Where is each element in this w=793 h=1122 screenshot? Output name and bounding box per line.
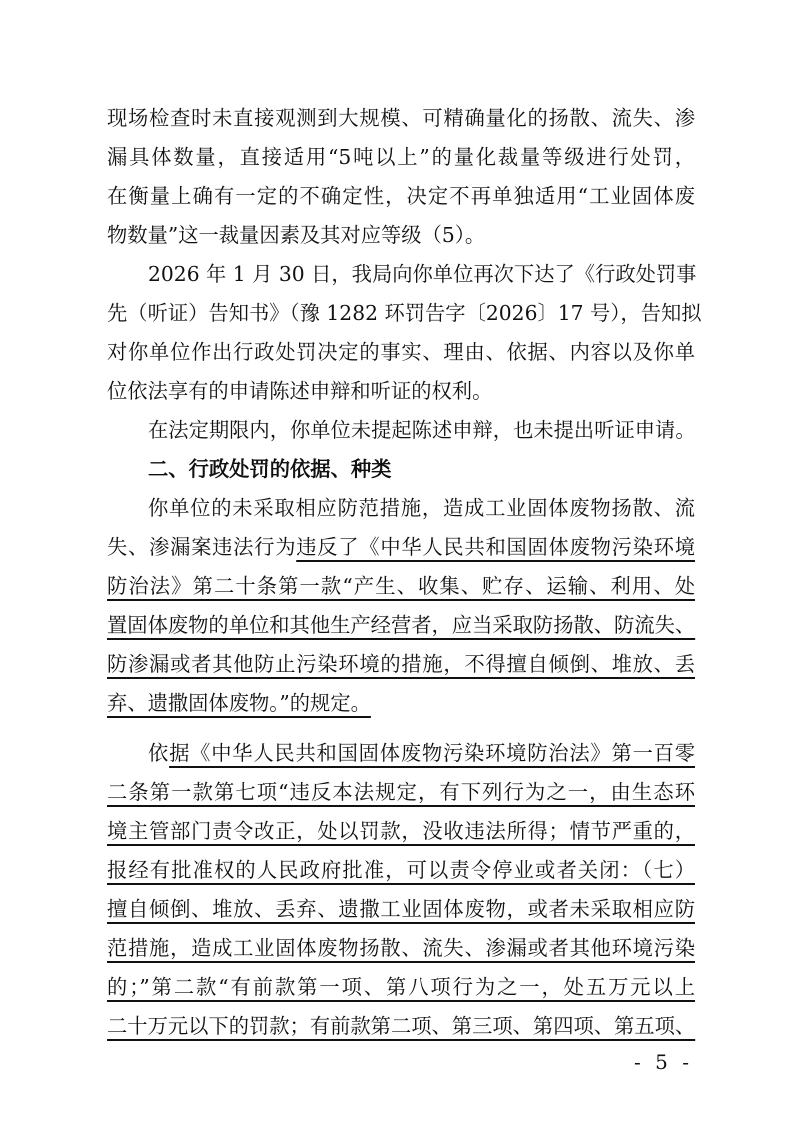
text-line: 漏具体数量，直接适用“5吨以上”的量化裁量等级进行处罚， [107, 142, 695, 172]
text-line: 二十万元以下的罚款；有前款第二项、第三项、第四项、第五项、 [107, 1011, 695, 1041]
text-line: 防治法》第二十条第一款“产生、收集、贮存、运输、利用、处 [107, 571, 695, 601]
text-line: 范措施，造成工业固体废物扬散、流失、渗漏或者其他环境污染 [107, 933, 695, 963]
underlined-text: 报经有批准权的人民政府批准，可以责令停业或者关闭：（七） [107, 858, 695, 882]
text-line: 对你单位作出行政处罚决定的事实、理由、依据、内容以及你单 [107, 337, 695, 367]
underlined-text: 置固体废物的单位和其他生产经营者，应当采取防扬散、防流失、 [107, 613, 695, 637]
text-line: 弃、遗撒固体废物。”的规定。 [107, 688, 695, 718]
underlined-text: 防治法》第二十条第一款“产生、收集、贮存、运输、利用、处 [107, 574, 695, 598]
text-line: 在法定期限内，你单位未提起陈述申辩，也未提出听证申请。 [148, 415, 695, 445]
underlined-text: 二十万元以下的罚款；有前款第二项、第三项、第四项、第五项、 [107, 1014, 695, 1038]
page-number: - 5 - [634, 1050, 693, 1074]
text-line: 境主管部门责令改正，处以罚款，没收违法所得；情节严重的， [107, 816, 695, 846]
text-line: 你单位的未采取相应防范措施，造成工业固体废物扬散、流 [148, 493, 695, 523]
plain-text: 失、渗漏案违法行为 [107, 535, 296, 559]
underlined-text: 范措施，造成工业固体废物扬散、流失、渗漏或者其他环境污染 [107, 936, 695, 960]
underlined-text: 擅自倾倒、堆放、丢弃、遗撒工业固体废物，或者未采取相应防 [107, 897, 695, 921]
text-line: 在衡量上确有一定的不确定性，决定不再单独适用“工业固体废 [107, 181, 695, 211]
text-line: 现场检查时未直接观测到大规模、可精确量化的扬散、流失、渗 [107, 103, 695, 133]
underlined-text: 的；”第二款“有前款第一项、第八项行为之一，处五万元以上 [107, 975, 695, 999]
text-line: 依据《中华人民共和国固体废物污染环境防治法》第一百零 [148, 738, 695, 768]
underlined-text: 弃、遗撒固体废物。”的规定。 [107, 691, 371, 715]
underlined-text: 境主管部门责令改正，处以罚款，没收违法所得；情节严重的， [107, 819, 695, 843]
text-line: 2026 年 1 月 30 日，我局向你单位再次下达了《行政处罚事 [148, 259, 695, 289]
text-line: 先（听证）告知书》（豫 1282 环罚告字〔2026〕17 号），告知拟 [107, 298, 695, 328]
underlined-text: 据《中华人民共和国固体废物污染环境防治法》第一百零 [169, 741, 695, 765]
text-line: 擅自倾倒、堆放、丢弃、遗撒工业固体废物，或者未采取相应防 [107, 894, 695, 924]
text-line: 失、渗漏案违法行为违反了《中华人民共和国固体废物污染环境 [107, 532, 695, 562]
text-line: 物数量”这一裁量因素及其对应等级（5）。 [107, 220, 695, 250]
underlined-text: 二条第一款第七项“违反本法规定，有下列行为之一，由生态环 [107, 780, 695, 804]
text-line: 的；”第二款“有前款第一项、第八项行为之一，处五万元以上 [107, 972, 695, 1002]
text-line: 位依法享有的申请陈述申辩和听证的权利。 [107, 376, 695, 406]
document-page: 现场检查时未直接观测到大规模、可精确量化的扬散、流失、渗 漏具体数量，直接适用“… [0, 0, 793, 1122]
section-heading: 二、行政处罚的依据、种类 [148, 454, 695, 484]
underlined-text: 违反了《中华人民共和国固体废物污染环境 [296, 535, 695, 559]
underlined-text: 防渗漏或者其他防止污染环境的措施，不得擅自倾倒、堆放、丢 [107, 652, 695, 676]
plain-text: 依 [148, 741, 169, 765]
text-line: 防渗漏或者其他防止污染环境的措施，不得擅自倾倒、堆放、丢 [107, 649, 695, 679]
text-line: 置固体废物的单位和其他生产经营者，应当采取防扬散、防流失、 [107, 610, 695, 640]
text-line: 报经有批准权的人民政府批准，可以责令停业或者关闭：（七） [107, 855, 695, 885]
text-line: 二条第一款第七项“违反本法规定，有下列行为之一，由生态环 [107, 777, 695, 807]
